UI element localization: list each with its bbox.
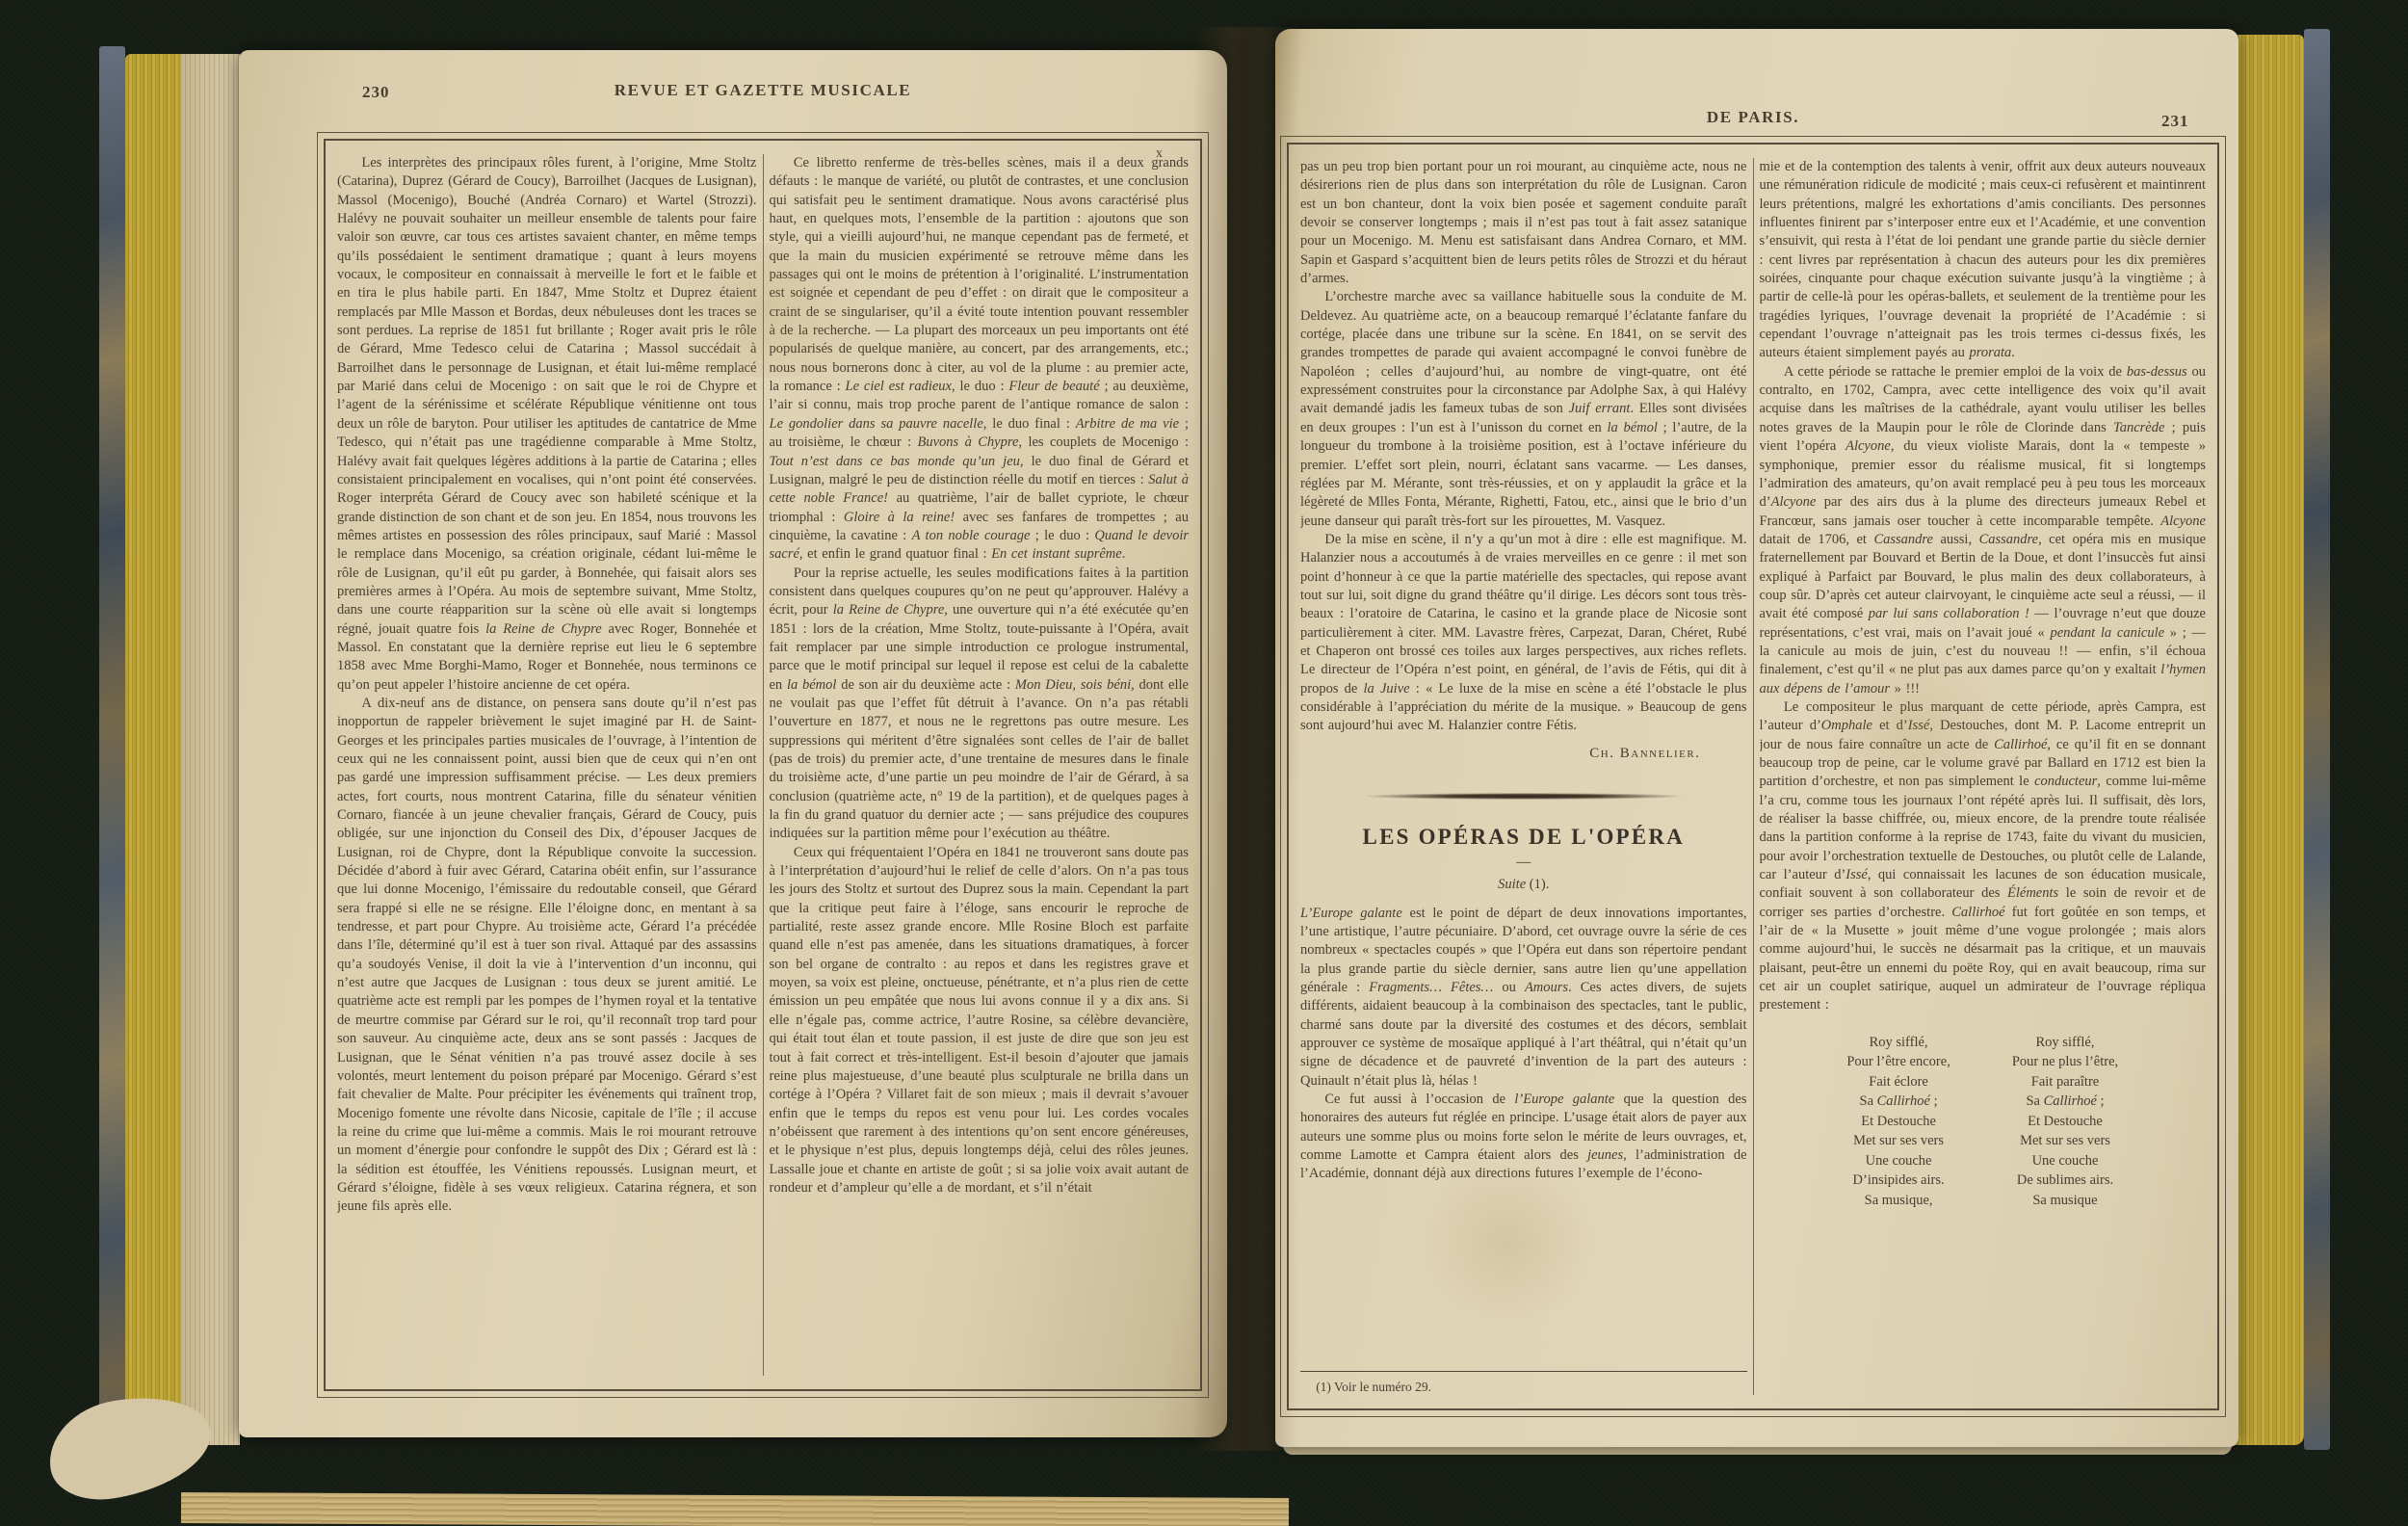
verse-line: Sa Callirhoé ; xyxy=(1846,1092,1950,1112)
paragraph: De la mise en scène, il n’y a qu’un mot … xyxy=(1300,531,1747,736)
page-number-right: 231 xyxy=(2161,112,2189,131)
paragraph: Ceux qui fréquentaient l’Opéra en 1841 n… xyxy=(770,844,1190,1198)
satirical-verse: Roy sifflé,Pour l’être encore,Fait éclor… xyxy=(1760,1033,2207,1211)
left-page: 230 REVUE ET GAZETTE MUSICALE x Les inte… xyxy=(239,50,1227,1437)
footnote-rule xyxy=(1300,1371,1747,1372)
column-text: pas un peu trop bien portant pour un roi… xyxy=(1300,158,1747,736)
verse-line: Met sur ses vers xyxy=(2012,1131,2118,1151)
verse-line: Une couche xyxy=(1846,1151,1950,1171)
left-page-text-frame: Les interprètes des principaux rôles fur… xyxy=(324,139,1202,1391)
verse-line: Une couche xyxy=(2012,1151,2118,1171)
gilt-fore-edge-left xyxy=(125,54,180,1453)
footnote: (1) Voir le numéro 29. xyxy=(1300,1367,1747,1395)
gilt-fore-edge-right xyxy=(2235,35,2304,1445)
running-title-right: DE PARIS. xyxy=(1287,108,2219,127)
paragraph: A dix-neuf ans de distance, on pensera s… xyxy=(337,695,757,1217)
marbled-cover-edge-left xyxy=(99,46,125,1480)
verse-line: Roy sifflé, xyxy=(2012,1033,2118,1053)
verse-stanza-2: Roy sifflé,Pour ne plus l’être,Fait para… xyxy=(2012,1033,2118,1211)
paragraph: Les interprètes des principaux rôles fur… xyxy=(337,154,757,695)
title-dash: — xyxy=(1300,855,1747,869)
column-text: mie et de la contemption des talents à v… xyxy=(1760,158,2207,1015)
left-column-1: Les interprètes des principaux rôles fur… xyxy=(337,154,757,1376)
verse-line: Pour l’être encore, xyxy=(1846,1052,1950,1072)
marbled-cover-edge-right xyxy=(2304,29,2330,1450)
paragraph: Ce libretto renferme de très-belles scèn… xyxy=(770,154,1190,565)
verse-line: D’insipides airs. xyxy=(1846,1171,1950,1191)
verse-line: Sa musique xyxy=(2012,1191,2118,1211)
paragraph: L’Europe galante est le point de départ … xyxy=(1300,905,1747,1091)
right-page: DE PARIS. 231 pas un peu trop bien porta… xyxy=(1275,29,2238,1447)
right-page-text-frame: pas un peu trop bien portant pour un roi… xyxy=(1287,143,2219,1410)
paragraph: A cette période se rattache le premier e… xyxy=(1760,363,2207,698)
article-title: LES OPÉRAS DE L'OPÉRA xyxy=(1300,825,1747,850)
footnote-text: (1) Voir le numéro 29. xyxy=(1300,1380,1747,1395)
author-signature: Ch. Bannelier. xyxy=(1300,746,1747,762)
paragraph: mie et de la contemption des talents à v… xyxy=(1760,158,2207,363)
bottom-page-edges xyxy=(181,1492,1289,1526)
verse-line: De sublimes airs. xyxy=(2012,1171,2118,1191)
verse-line: Sa musique, xyxy=(1846,1191,1950,1211)
verse-line: Et Destouche xyxy=(2012,1112,2118,1132)
verse-line: Fait éclore xyxy=(1846,1072,1950,1092)
paragraph: pas un peu trop bien portant pour un roi… xyxy=(1300,158,1747,288)
left-column-2: Ce libretto renferme de très-belles scèn… xyxy=(770,154,1190,1376)
verse-line: Pour ne plus l’être, xyxy=(2012,1052,2118,1072)
right-column-2: mie et de la contemption des talents à v… xyxy=(1760,158,2207,1395)
book-spread-scan: 230 REVUE ET GAZETTE MUSICALE x Les inte… xyxy=(0,0,2408,1526)
column-rule xyxy=(763,154,764,1376)
paragraph: Ce fut aussi à l’occasion de l’Europe ga… xyxy=(1300,1091,1747,1184)
paragraph: Pour la reprise actuelle, les seules mod… xyxy=(770,565,1190,844)
paragraph: L’orchestre marche avec sa vaillance hab… xyxy=(1300,288,1747,530)
verse-stanza-1: Roy sifflé,Pour l’être encore,Fait éclor… xyxy=(1846,1033,1950,1211)
verse-line: Et Destouche xyxy=(1846,1112,1950,1132)
page-stack-left xyxy=(180,54,240,1445)
article-subtitle: Suite (1). xyxy=(1300,877,1747,893)
verse-line: Roy sifflé, xyxy=(1846,1033,1950,1053)
verse-line: Met sur ses vers xyxy=(1846,1131,1950,1151)
column-text: L’Europe galante est le point de départ … xyxy=(1300,905,1747,1184)
verse-line: Sa Callirhoé ; xyxy=(2012,1092,2118,1112)
right-column-1: pas un peu trop bien portant pour un roi… xyxy=(1300,158,1747,1395)
column-rule xyxy=(1753,158,1754,1395)
paragraph: Le compositeur le plus marquant de cette… xyxy=(1760,698,2207,1015)
section-divider-rule xyxy=(1365,793,1683,800)
running-title-left: REVUE ET GAZETTE MUSICALE xyxy=(324,81,1202,100)
verse-line: Fait paraître xyxy=(2012,1072,2118,1092)
